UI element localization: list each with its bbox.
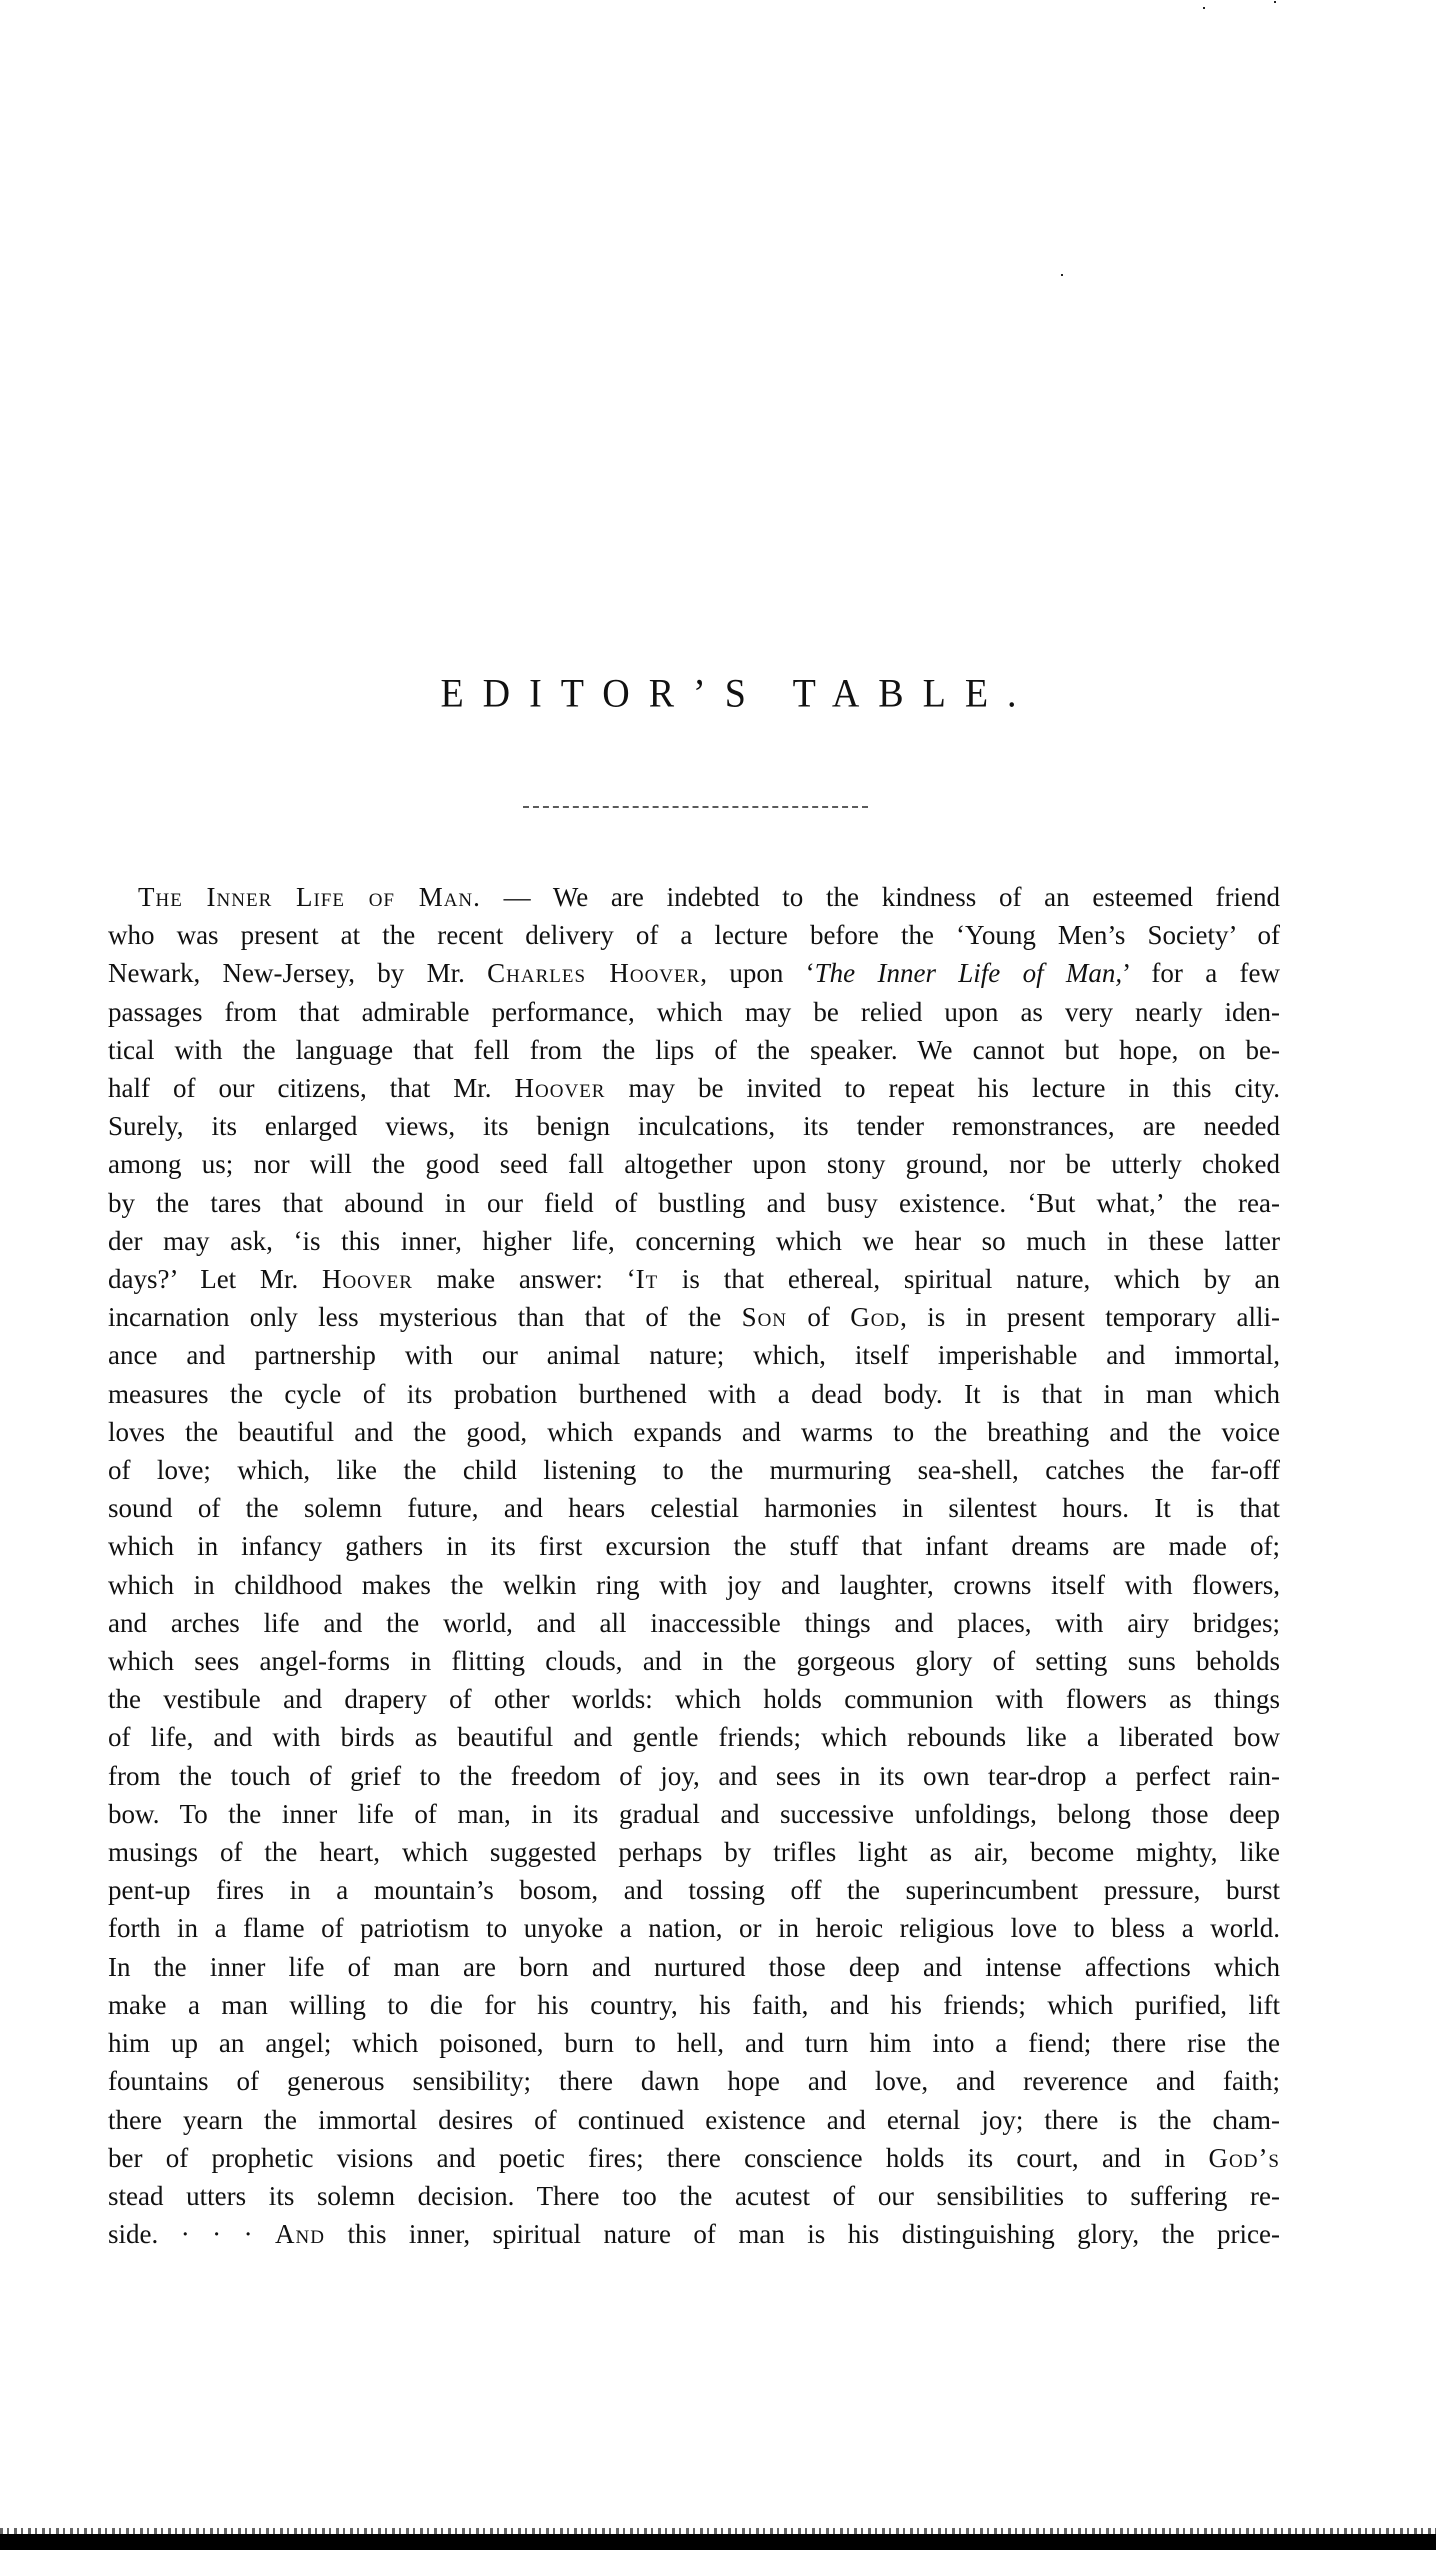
text-segment: incarnation only less mysterious than th… (108, 1302, 742, 1332)
text-line: him up an angel; which poisoned, burn to… (108, 2024, 1280, 2062)
text-line: the vestibule and drapery of other world… (108, 1680, 1280, 1718)
text-segment: days?’ Let Mr. (108, 1264, 322, 1294)
text-segment: Newark, New-Jersey, by Mr. (108, 958, 487, 988)
text-segment: , is in present temporary alli- (900, 1302, 1280, 1332)
text-segment: half of our citizens, that Mr. (108, 1073, 515, 1103)
text-segment: may be invited to repeat his lecture in … (605, 1073, 1280, 1103)
text-line: which in infancy gathers in its first ex… (108, 1527, 1280, 1565)
text-line: days?’ Let Mr. Hoover make answer: ‘It i… (108, 1260, 1280, 1298)
text-segment: fountains of generous sensibility; there… (108, 2066, 1280, 2096)
text-line: Newark, New-Jersey, by Mr. Charles Hoove… (108, 954, 1280, 992)
text-segment: Surely, its enlarged views, its benign i… (108, 1111, 1280, 1141)
text-segment: of love; which, like the child listening… (108, 1455, 1280, 1485)
italic-text: The Inner Life of Man, (815, 958, 1122, 988)
text-segment: passages from that admirable performance… (108, 997, 1280, 1027)
text-segment: tical with the language that fell from t… (108, 1035, 1280, 1065)
text-line: there yearn the immortal desires of cont… (108, 2101, 1280, 2139)
text-line: of love; which, like the child listening… (108, 1451, 1280, 1489)
text-line: half of our citizens, that Mr. Hoover ma… (108, 1069, 1280, 1107)
text-segment: sound of the solemn future, and hears ce… (108, 1493, 1280, 1523)
text-segment: stead utters its solemn decision. There … (108, 2181, 1280, 2211)
text-line: measures the cycle of its probation burt… (108, 1375, 1280, 1413)
text-line: which sees angel-forms in flitting cloud… (108, 1642, 1280, 1680)
article-body: The Inner Life of Man. — We are indebted… (108, 878, 1280, 2253)
text-segment: him up an angel; which poisoned, burn to… (108, 2028, 1280, 2058)
text-segment: of (787, 1302, 850, 1332)
small-caps-text: The Inner Life of Man. (138, 882, 481, 912)
text-line: tical with the language that fell from t… (108, 1031, 1280, 1069)
text-segment: from the touch of grief to the freedom o… (108, 1761, 1280, 1791)
text-segment: loves the beautiful and the good, which … (108, 1417, 1280, 1447)
scan-speck (1061, 274, 1063, 276)
small-caps-text: And (275, 2219, 325, 2249)
text-line: passages from that admirable performance… (108, 993, 1280, 1031)
text-line: sound of the solemn future, and hears ce… (108, 1489, 1280, 1527)
scan-speck (1274, 1, 1276, 3)
text-segment: ance and partnership with our animal nat… (108, 1340, 1280, 1370)
text-segment: who was present at the recent delivery o… (108, 920, 1280, 950)
small-caps-text: God (850, 1302, 900, 1332)
text-line: fountains of generous sensibility; there… (108, 2062, 1280, 2100)
text-segment: ’ for a few (1122, 958, 1280, 988)
text-segment: der may ask, ‘is this inner, higher life… (108, 1226, 1280, 1256)
text-segment: bow. To the inner life of man, in its gr… (108, 1799, 1280, 1829)
text-segment: , upon ‘ (700, 958, 814, 988)
text-segment: — We are indebted to the kindness of an … (481, 882, 1280, 912)
text-segment: by the tares that abound in our field of… (108, 1188, 1280, 1218)
text-segment: there yearn the immortal desires of cont… (108, 2105, 1280, 2135)
text-segment: of life, and with birds as beautiful and… (108, 1722, 1280, 1752)
text-line: side. · · · And this inner, spiritual na… (108, 2215, 1280, 2253)
text-line: der may ask, ‘is this inner, higher life… (108, 1222, 1280, 1260)
text-segment: is that ethereal, spiritual nature, whic… (658, 1264, 1280, 1294)
text-line: of life, and with birds as beautiful and… (108, 1718, 1280, 1756)
small-caps-text: It (636, 1264, 659, 1294)
text-segment: side. · · · (108, 2219, 275, 2249)
small-caps-text: God’s (1209, 2143, 1281, 2173)
small-caps-text: Hoover (515, 1073, 606, 1103)
text-line: ber of prophetic visions and poetic fire… (108, 2139, 1280, 2177)
text-line: The Inner Life of Man. — We are indebted… (108, 878, 1280, 916)
page-title: EDITOR’S TABLE. (0, 671, 1436, 717)
scan-bottom-edge (0, 2534, 1436, 2550)
text-line: pent-up fires in a mountain’s bosom, and… (108, 1871, 1280, 1909)
text-line: which in childhood makes the welkin ring… (108, 1566, 1280, 1604)
title-divider-rule (523, 806, 868, 808)
text-line: In the inner life of man are born and nu… (108, 1948, 1280, 1986)
text-line: from the touch of grief to the freedom o… (108, 1757, 1280, 1795)
text-segment: which in childhood makes the welkin ring… (108, 1570, 1280, 1600)
text-segment: the vestibule and drapery of other world… (108, 1684, 1280, 1714)
small-caps-text: Charles Hoover (487, 958, 700, 988)
text-line: ance and partnership with our animal nat… (108, 1336, 1280, 1374)
text-segment: which sees angel-forms in flitting cloud… (108, 1646, 1280, 1676)
text-segment: measures the cycle of its probation burt… (108, 1379, 1280, 1409)
text-segment: make a man willing to die for his countr… (108, 1990, 1280, 2020)
scan-speck (1203, 7, 1205, 9)
text-line: make a man willing to die for his countr… (108, 1986, 1280, 2024)
text-segment: In the inner life of man are born and nu… (108, 1952, 1280, 1982)
text-line: bow. To the inner life of man, in its gr… (108, 1795, 1280, 1833)
text-line: and arches life and the world, and all i… (108, 1604, 1280, 1642)
text-line: loves the beautiful and the good, which … (108, 1413, 1280, 1451)
text-segment: ber of prophetic visions and poetic fire… (108, 2143, 1209, 2173)
small-caps-text: Hoover (322, 1264, 413, 1294)
text-line: incarnation only less mysterious than th… (108, 1298, 1280, 1336)
text-segment: musings of the heart, which suggested pe… (108, 1837, 1280, 1867)
text-line: who was present at the recent delivery o… (108, 916, 1280, 954)
text-segment: pent-up fires in a mountain’s bosom, and… (108, 1875, 1280, 1905)
text-segment: forth in a flame of patriotism to unyoke… (108, 1913, 1280, 1943)
small-caps-text: Son (742, 1302, 787, 1332)
text-segment: which in infancy gathers in its first ex… (108, 1531, 1280, 1561)
text-line: among us; nor will the good seed fall al… (108, 1145, 1280, 1183)
text-segment: make answer: ‘ (413, 1264, 636, 1294)
text-line: by the tares that abound in our field of… (108, 1184, 1280, 1222)
text-line: musings of the heart, which suggested pe… (108, 1833, 1280, 1871)
text-line: stead utters its solemn decision. There … (108, 2177, 1280, 2215)
text-segment: this inner, spiritual nature of man is h… (325, 2219, 1280, 2249)
text-segment: and arches life and the world, and all i… (108, 1608, 1280, 1638)
text-line: Surely, its enlarged views, its benign i… (108, 1107, 1280, 1145)
text-line: forth in a flame of patriotism to unyoke… (108, 1909, 1280, 1947)
text-segment: among us; nor will the good seed fall al… (108, 1149, 1280, 1179)
